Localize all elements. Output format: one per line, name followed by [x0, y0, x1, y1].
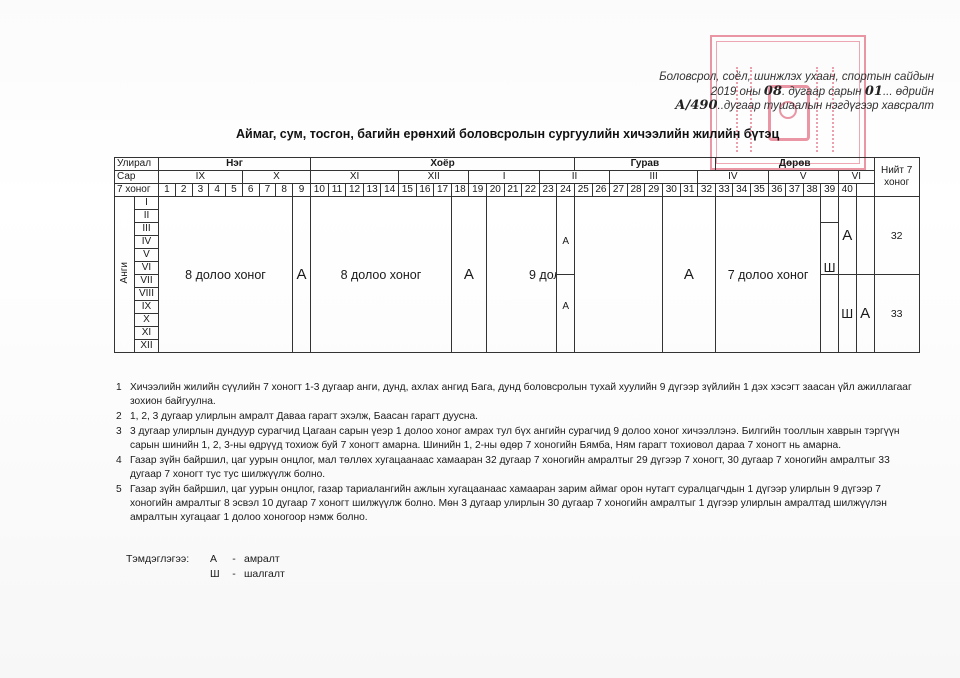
term2-block: 8 долоо хоног	[311, 197, 452, 353]
month-label: Сар	[115, 171, 159, 184]
week-6: 6	[242, 184, 259, 197]
week-13: 13	[363, 184, 381, 197]
week-7: 7	[259, 184, 276, 197]
week-31: 31	[680, 184, 698, 197]
break2-block: А	[451, 197, 486, 353]
legend-title: Тэмдэглэгээ:	[126, 552, 206, 567]
grade-V: V	[135, 249, 159, 262]
total-weeks-header: Нийт 7 хоног	[874, 158, 919, 197]
week-34: 34	[733, 184, 751, 197]
grade-IX: IX	[135, 301, 159, 314]
week-2: 2	[175, 184, 192, 197]
grade-III: III	[135, 223, 159, 236]
break1-block: А	[293, 197, 311, 353]
week-29: 29	[645, 184, 663, 197]
legend-row-exam: Ш - шалгалт	[126, 567, 285, 582]
week-12: 12	[346, 184, 364, 197]
school-year-structure-table: Улирал Нэг Хоёр Гурав Дөрөв Нийт 7 хоног…	[114, 157, 920, 353]
week-label: 7 хоног	[115, 184, 159, 197]
season-row: Улирал Нэг Хоёр Гурав Дөрөв Нийт 7 хоног	[115, 158, 920, 171]
week-19: 19	[469, 184, 487, 197]
handwritten-month: 08	[764, 84, 782, 99]
grade-IV: IV	[135, 236, 159, 249]
legend: Тэмдэглэгээ: А - амралт Ш - шалгалт	[126, 552, 285, 582]
month-x: X	[242, 171, 310, 184]
grade-X: X	[135, 314, 159, 327]
note-5: 5 Газар зүйн байршил, цаг уурын онцлог, …	[116, 483, 916, 525]
grade-axis-label: Анги	[115, 197, 135, 353]
legend-meaning-rest: амралт	[244, 552, 280, 567]
week-4: 4	[209, 184, 226, 197]
week-40: 40	[838, 184, 856, 197]
week-27: 27	[610, 184, 628, 197]
grade-VIII: VIII	[135, 288, 159, 301]
week-8: 8	[276, 184, 293, 197]
month-i: I	[469, 171, 539, 184]
handwritten-day: 01	[865, 84, 883, 99]
week-3: 3	[192, 184, 209, 197]
week-20: 20	[487, 184, 505, 197]
exam-secondary-block: Ш	[838, 275, 856, 353]
week-32: 32	[698, 184, 716, 197]
month-ix: IX	[159, 171, 243, 184]
month-vi: VI	[838, 171, 874, 184]
week-10: 10	[311, 184, 329, 197]
exam-primary-empty	[821, 197, 839, 223]
grade-VI: VI	[135, 262, 159, 275]
legend-symbol-sh: Ш	[210, 567, 224, 582]
note-2: 2 1, 2, 3 дугаар улирлын амралт Даваа га…	[116, 410, 916, 424]
season-3: Гурав	[574, 158, 715, 171]
week-22: 22	[522, 184, 540, 197]
annex-line-2: 2019 оны 08. дугаар сарын 01... өдрийн	[659, 85, 934, 100]
month-xi: XI	[311, 171, 399, 184]
week-1: 1	[159, 184, 176, 197]
break-secondary-block: А	[856, 275, 874, 353]
term3-break-top: А	[557, 197, 575, 275]
annex-line-1: Боловсрол, соёл, шинжлэх ухаан, спортын …	[659, 70, 934, 85]
total-primary: 32	[874, 197, 919, 275]
week-17: 17	[434, 184, 452, 197]
week-24: 24	[557, 184, 575, 197]
week-37: 37	[786, 184, 804, 197]
term4-block: 7 долоо хоног	[715, 197, 821, 353]
grade-XII: XII	[135, 340, 159, 353]
notes-list: 1 Хичээлийн жилийн сүүлийн 7 хоногт 1-3 …	[116, 381, 916, 526]
annex-line-3: А/490..дугаар тушаалын нэгдүгээр хавсрал…	[659, 99, 934, 114]
week-18: 18	[451, 184, 469, 197]
week-16: 16	[416, 184, 434, 197]
secondary-week39-empty	[821, 275, 839, 353]
season-4: Дөрөв	[715, 158, 874, 171]
grade-VII: VII	[135, 275, 159, 288]
grade-II: II	[135, 210, 159, 223]
week-15: 15	[399, 184, 417, 197]
month-row: Сар IX X XI XII I II III IV V VI	[115, 171, 920, 184]
month-xii: XII	[399, 171, 469, 184]
break3-block: А	[662, 197, 715, 353]
term1-block: 8 долоо хоног	[159, 197, 293, 353]
primary-blank	[856, 197, 874, 275]
document-title: Аймаг, сум, тосгон, багийн ерөнхий болов…	[236, 127, 779, 141]
week-9: 9	[293, 184, 311, 197]
term3-block-right	[574, 197, 662, 353]
month-iii: III	[610, 171, 698, 184]
week-21: 21	[504, 184, 522, 197]
term3-block-left: 9 долоо хоног	[487, 197, 557, 353]
total-secondary: 33	[874, 275, 919, 353]
note-3: 3 3 дугаар улирлын дундуур сурагчид Цага…	[116, 425, 916, 453]
week-36: 36	[768, 184, 786, 197]
legend-meaning-exam: шалгалт	[244, 567, 285, 582]
grade-row-1: Анги I 8 долоо хоног А 8 долоо хоног А 9…	[115, 197, 920, 210]
season-label: Улирал	[115, 158, 159, 171]
season-1: Нэг	[159, 158, 311, 171]
week-25: 25	[574, 184, 592, 197]
season-2: Хоёр	[311, 158, 575, 171]
grade-I: I	[135, 197, 159, 210]
week-26: 26	[592, 184, 610, 197]
legend-row-rest: Тэмдэглэгээ: А - амралт	[126, 552, 285, 567]
order-annex-note: Боловсрол, соёл, шинжлэх ухаан, спортын …	[659, 70, 934, 114]
week-row: 7 хоног 1 2 3 4 5 6 7 8 9 10 11 12 13 14…	[115, 184, 920, 197]
handwritten-order-number: А/490	[675, 98, 717, 113]
month-ii: II	[539, 171, 609, 184]
exam-primary-block: Ш	[821, 223, 839, 275]
week-38: 38	[803, 184, 821, 197]
week-blank	[856, 184, 874, 197]
legend-symbol-a: А	[210, 552, 224, 567]
week-5: 5	[226, 184, 243, 197]
week-30: 30	[662, 184, 680, 197]
break-primary-block: А	[838, 197, 856, 275]
week-11: 11	[328, 184, 346, 197]
month-v: V	[768, 171, 838, 184]
week-33: 33	[715, 184, 733, 197]
week-39: 39	[821, 184, 839, 197]
month-iv: IV	[698, 171, 768, 184]
grade-XI: XI	[135, 327, 159, 340]
week-23: 23	[539, 184, 557, 197]
week-28: 28	[627, 184, 645, 197]
note-1: 1 Хичээлийн жилийн сүүлийн 7 хоногт 1-3 …	[116, 381, 916, 409]
week-35: 35	[750, 184, 768, 197]
week-14: 14	[381, 184, 399, 197]
term3-break-bottom: А	[557, 275, 575, 353]
note-4: 4 Газар зүйн байршил, цаг уурын онцлог, …	[116, 454, 916, 482]
